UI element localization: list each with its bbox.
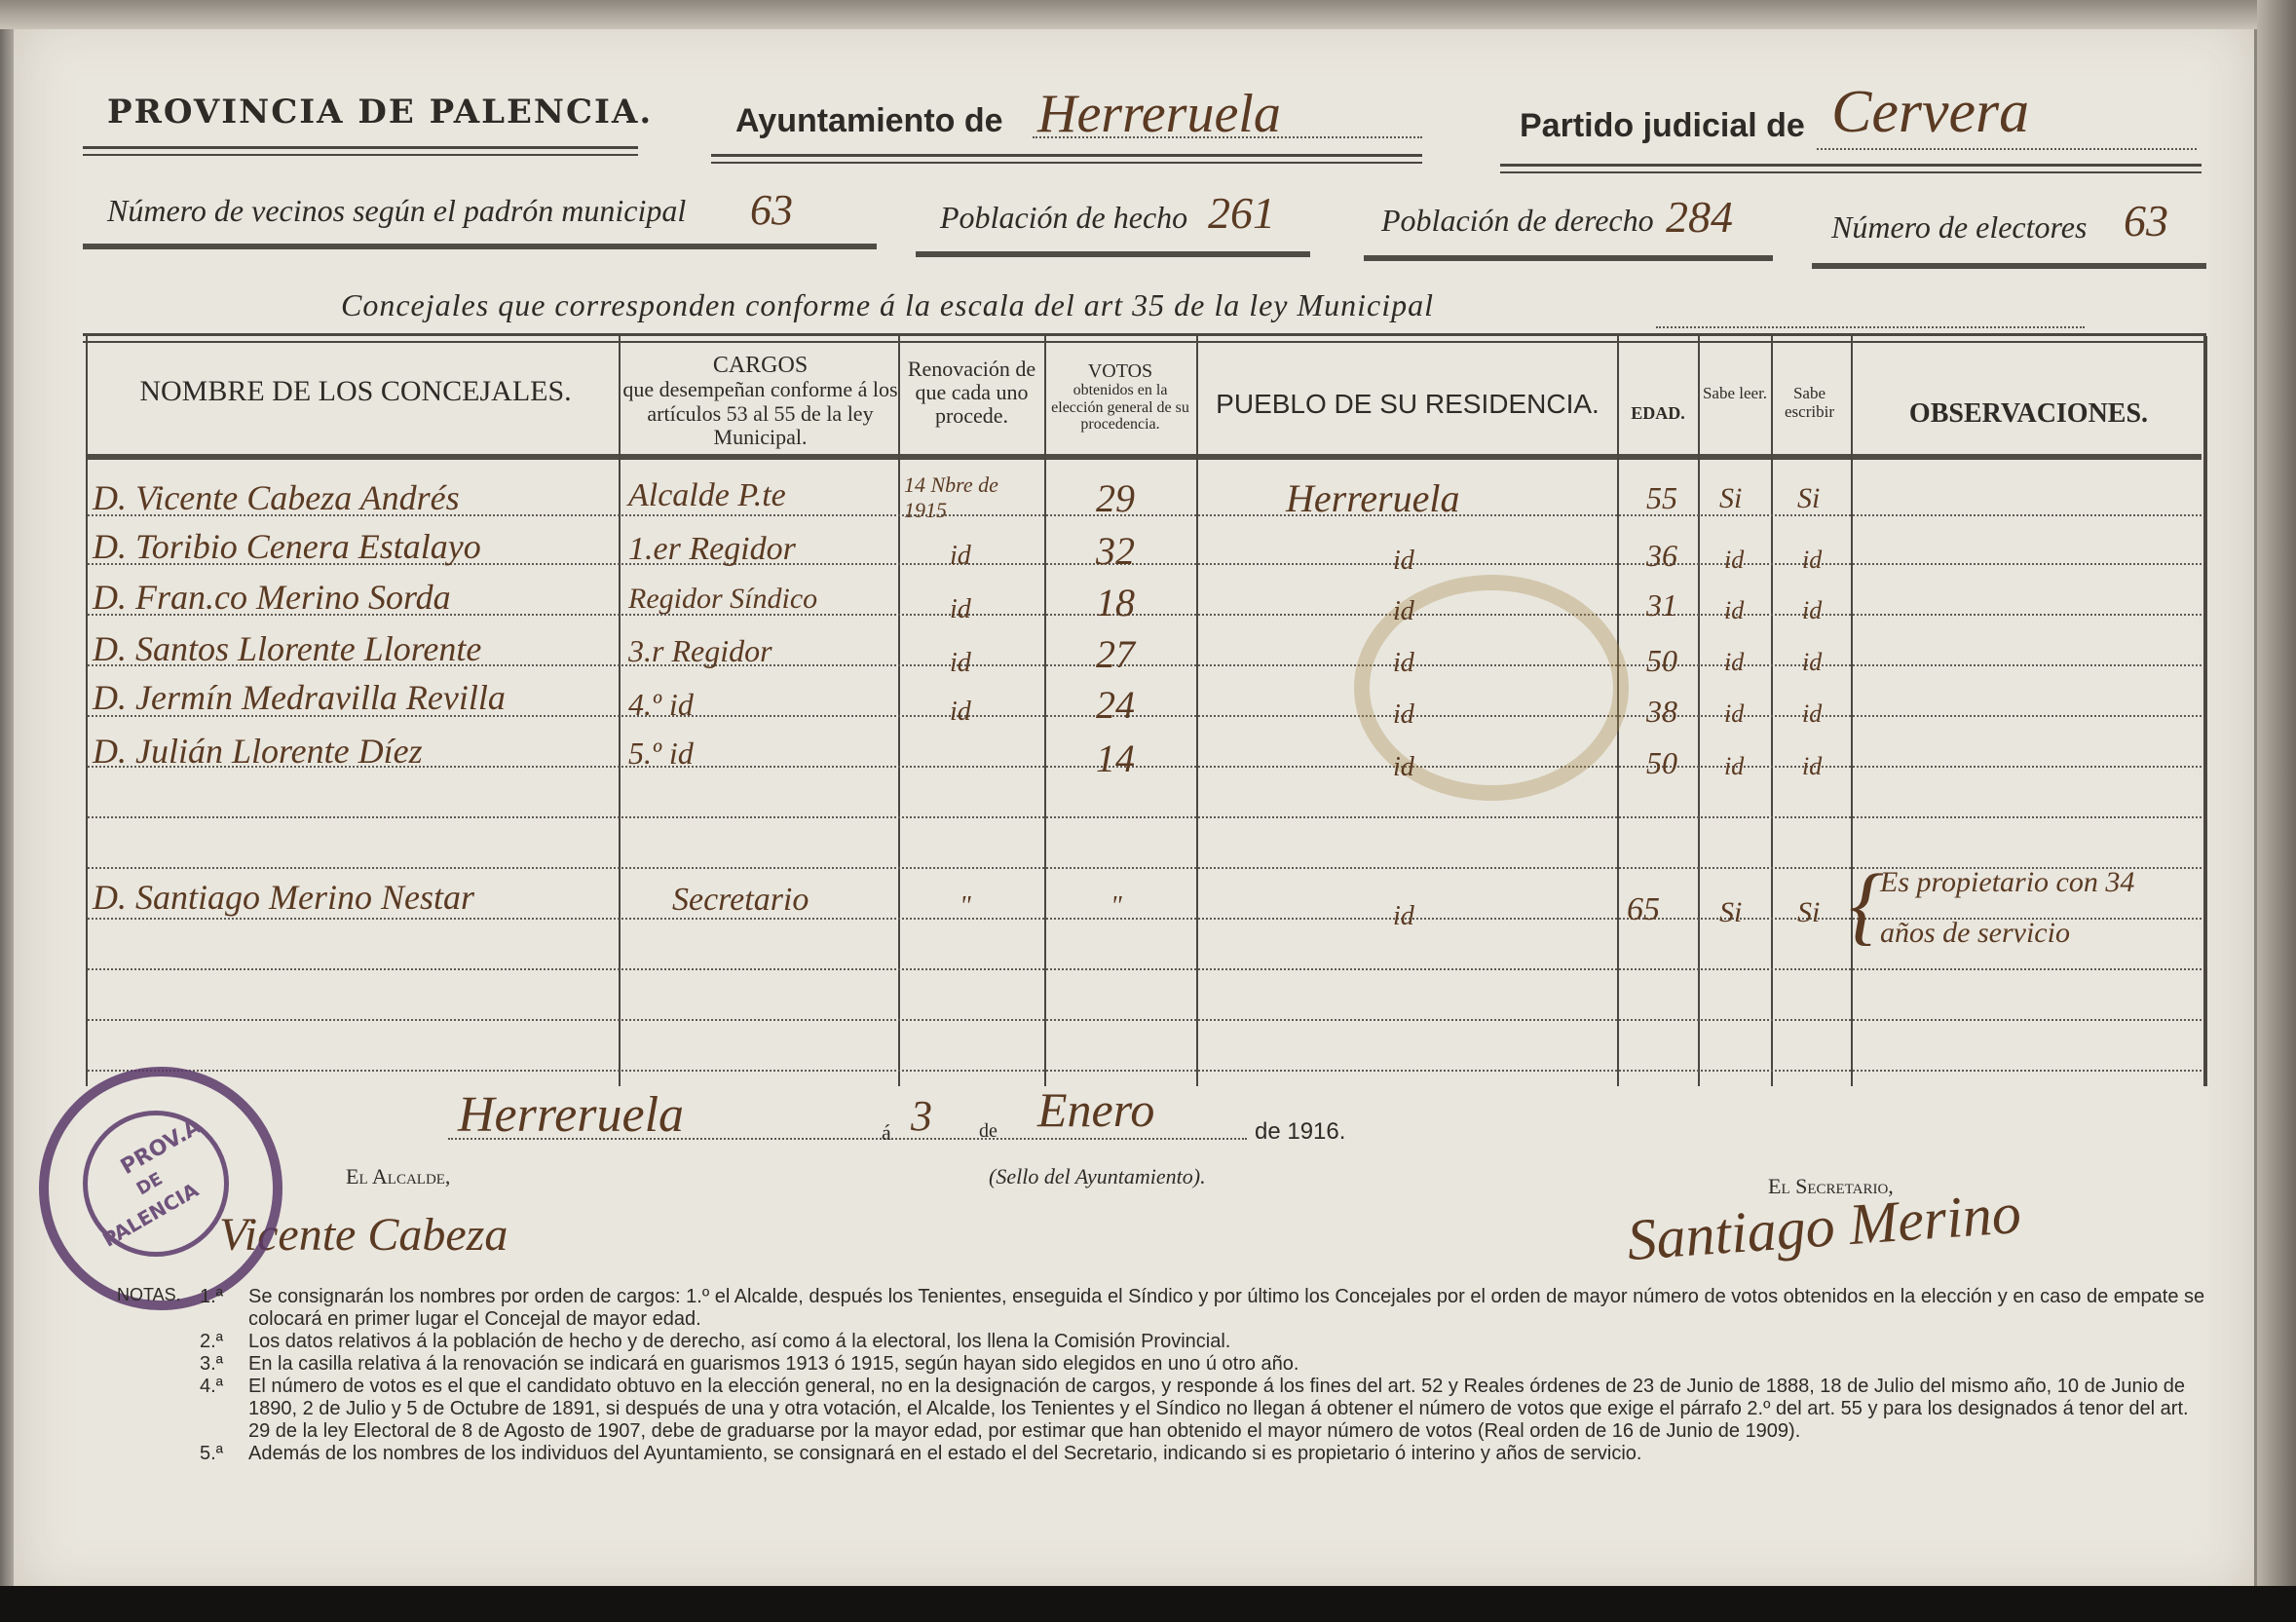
divider bbox=[1500, 164, 2202, 173]
cell-edad: 50 bbox=[1646, 745, 1677, 781]
header-votos: VOTOS obtenidos en la elección general d… bbox=[1047, 360, 1193, 434]
divider bbox=[83, 244, 877, 249]
derecho-value: 284 bbox=[1666, 191, 1733, 243]
header-bottom-rule bbox=[88, 454, 2202, 460]
row-rule bbox=[88, 1019, 2202, 1021]
page-top-edge bbox=[0, 0, 2296, 29]
page-right-edge bbox=[2257, 0, 2296, 1622]
cell-pueblo: id bbox=[1393, 901, 1414, 932]
date-month: Enero bbox=[1037, 1081, 1154, 1138]
col-border bbox=[1698, 336, 1700, 1086]
header-votos-sub: obtenidos en la elección general de su p… bbox=[1047, 382, 1193, 434]
cell-escribir: id bbox=[1802, 752, 1822, 781]
electores-value: 63 bbox=[2124, 195, 2168, 246]
cell-leer: id bbox=[1724, 596, 1744, 625]
note-item: 1.ª Se consignarán los nombres por orden… bbox=[200, 1286, 2206, 1331]
vecinos-value: 63 bbox=[750, 185, 793, 235]
cell-renovacion: " bbox=[960, 891, 971, 923]
cell-votos: 29 bbox=[1096, 475, 1135, 521]
note-item: 4.ª El número de votos es el que el cand… bbox=[200, 1376, 2206, 1443]
note-num: 4.ª bbox=[200, 1376, 248, 1443]
table-top-rule bbox=[83, 333, 2206, 343]
hecho-label: Población de hecho bbox=[940, 200, 1187, 236]
table-subtitle: Concejales que corresponden conforme á l… bbox=[341, 287, 1434, 323]
cell-nombre: D. Vicente Cabeza Andrés bbox=[93, 477, 460, 518]
divider bbox=[711, 154, 1422, 164]
cell-nombre: D. Julián Llorente Díez bbox=[93, 731, 423, 772]
date-day: 3 bbox=[911, 1091, 932, 1141]
derecho-label: Población de derecho bbox=[1381, 203, 1654, 239]
date-de: de bbox=[979, 1120, 997, 1143]
ayuntamiento-value: Herreruela bbox=[1037, 83, 1281, 145]
cell-escribir: Si bbox=[1797, 896, 1820, 929]
cell-escribir: id bbox=[1802, 596, 1822, 625]
cell-nombre: D. Fran.co Merino Sorda bbox=[93, 577, 451, 618]
cell-leer: id bbox=[1724, 546, 1744, 575]
vecinos-label: Número de vecinos según el padrón munici… bbox=[107, 193, 686, 229]
header-pueblo: PUEBLO DE SU RESIDENCIA. bbox=[1198, 390, 1617, 420]
note-num: 1.ª bbox=[200, 1286, 248, 1331]
cell-nombre: D. Toribio Cenera Estalayo bbox=[93, 526, 481, 567]
cell-observaciones: Es propietario con 34 años de servicio bbox=[1880, 857, 2192, 959]
col-border bbox=[86, 336, 88, 1086]
cell-renovacion: id bbox=[950, 541, 971, 572]
cell-cargo: Alcalde P.te bbox=[628, 477, 786, 514]
cell-renovacion: id bbox=[950, 648, 971, 679]
cell-escribir: id bbox=[1802, 648, 1822, 677]
cell-leer: id bbox=[1724, 752, 1744, 781]
cell-edad: 36 bbox=[1646, 538, 1677, 574]
header-escribir: Sabe escribir bbox=[1773, 385, 1846, 421]
header-leer: Sabe leer. bbox=[1700, 385, 1770, 403]
cell-escribir: Si bbox=[1797, 482, 1820, 515]
cell-pueblo: id bbox=[1393, 752, 1414, 783]
note-num: 3.ª bbox=[200, 1353, 248, 1376]
cell-cargo: Regidor Síndico bbox=[628, 583, 817, 616]
cell-renovacion: id bbox=[950, 594, 971, 625]
date-a: á bbox=[882, 1120, 891, 1146]
alcalde-label: El Alcalde, bbox=[346, 1164, 450, 1189]
cell-leer: Si bbox=[1719, 482, 1742, 515]
divider bbox=[1812, 263, 2206, 269]
cell-cargo: 1.er Regidor bbox=[628, 531, 796, 568]
header-votos-title: VOTOS bbox=[1047, 360, 1193, 382]
cell-leer: id bbox=[1724, 648, 1744, 677]
hecho-value: 261 bbox=[1208, 187, 1275, 239]
note-item: 2.ª Los datos relativos á la población d… bbox=[200, 1331, 2206, 1353]
divider bbox=[916, 251, 1310, 257]
electores-label: Número de electores bbox=[1831, 209, 2087, 245]
header-cargos-title: CARGOS bbox=[621, 353, 899, 378]
cell-escribir: id bbox=[1802, 546, 1822, 575]
header-nombre: NOMBRE DE LOS CONCEJALES. bbox=[93, 375, 619, 407]
notes-label: NOTAS. bbox=[117, 1284, 181, 1306]
cell-votos: 27 bbox=[1096, 631, 1135, 677]
subtitle-line bbox=[1656, 326, 2085, 328]
cell-leer: Si bbox=[1719, 896, 1742, 929]
scan-background-bottom bbox=[0, 1586, 2296, 1622]
cell-escribir: id bbox=[1802, 699, 1822, 729]
note-num: 2.ª bbox=[200, 1331, 248, 1353]
cell-pueblo: id bbox=[1393, 699, 1414, 731]
col-border bbox=[898, 336, 900, 1086]
cell-votos: " bbox=[1110, 891, 1122, 923]
note-item: 5.ª Además de los nombres de los individ… bbox=[200, 1443, 2206, 1465]
date-year: de 1916. bbox=[1255, 1118, 1345, 1146]
cell-edad: 50 bbox=[1646, 643, 1677, 679]
row-rule bbox=[88, 968, 2202, 970]
cell-renovacion: id bbox=[950, 697, 971, 728]
header-renovacion: Renovación de que cada uno procede. bbox=[901, 358, 1042, 429]
brace-icon: { bbox=[1849, 862, 1884, 950]
col-border bbox=[1044, 336, 1046, 1086]
col-border bbox=[2203, 336, 2207, 1086]
cell-pueblo: id bbox=[1393, 648, 1414, 679]
partido-label: Partido judicial de bbox=[1520, 107, 1805, 145]
cell-cargo: 4.º id bbox=[628, 687, 694, 723]
cell-cargo: Secretario bbox=[672, 882, 809, 919]
row-rule bbox=[88, 816, 2202, 818]
cell-leer: id bbox=[1724, 699, 1744, 729]
date-place: Herreruela bbox=[458, 1086, 684, 1144]
note-num: 5.ª bbox=[200, 1443, 248, 1465]
cell-votos: 14 bbox=[1096, 736, 1135, 781]
notes-list: 1.ª Se consignarán los nombres por orden… bbox=[200, 1286, 2206, 1465]
col-border bbox=[619, 336, 621, 1086]
col-border bbox=[1771, 336, 1773, 1086]
cell-cargo: 3.r Regidor bbox=[628, 633, 772, 669]
provincia-heading: PROVINCIA DE PALENCIA. bbox=[107, 93, 653, 132]
cell-votos: 24 bbox=[1096, 682, 1135, 728]
divider bbox=[1364, 255, 1773, 261]
header-cargos: CARGOS que desempeñan conforme á los art… bbox=[621, 353, 899, 449]
cell-edad: 38 bbox=[1646, 694, 1677, 730]
cell-nombre: D. Santiago Merino Nestar bbox=[93, 877, 474, 918]
partido-value: Cervera bbox=[1831, 78, 2029, 147]
divider bbox=[83, 146, 638, 156]
row-rule bbox=[88, 1070, 2202, 1072]
cell-votos: 32 bbox=[1096, 528, 1135, 574]
header-observaciones: OBSERVACIONES. bbox=[1856, 399, 2202, 430]
cell-pueblo: id bbox=[1393, 596, 1414, 627]
cell-edad: 65 bbox=[1627, 891, 1660, 928]
cell-cargo: 5.º id bbox=[628, 736, 694, 772]
cell-votos: 18 bbox=[1096, 580, 1135, 625]
col-border bbox=[1851, 336, 1853, 1086]
header-edad: EDAD. bbox=[1619, 404, 1697, 424]
note-text: Se consignarán los nombres por orden de … bbox=[248, 1286, 2206, 1331]
col-border bbox=[1196, 336, 1198, 1086]
cell-nombre: D. Santos Llorente Llorente bbox=[93, 628, 481, 669]
note-text: En la casilla relativa á la renovación s… bbox=[248, 1353, 1299, 1376]
cell-pueblo: Herreruela bbox=[1286, 475, 1459, 521]
cell-pueblo: id bbox=[1393, 546, 1414, 577]
cell-renovacion: 14 Nbre de 1915 bbox=[904, 472, 1040, 523]
ayuntamiento-seal-stamp: PROV.A DE PALENCIA bbox=[39, 1067, 282, 1310]
cell-edad: 31 bbox=[1646, 587, 1677, 623]
sello-label: (Sello del Ayuntamiento). bbox=[989, 1164, 1206, 1189]
note-text: Los datos relativos á la población de he… bbox=[248, 1331, 1230, 1353]
ayuntamiento-label: Ayuntamiento de bbox=[735, 102, 1003, 140]
note-text: El número de votos es el que el candidat… bbox=[248, 1376, 2206, 1443]
note-text: Además de los nombres de los individuos … bbox=[248, 1443, 1641, 1465]
cell-nombre: D. Jermín Medravilla Revilla bbox=[93, 677, 506, 718]
cell-edad: 55 bbox=[1646, 480, 1677, 516]
partido-field-line bbox=[1817, 148, 2197, 150]
note-item: 3.ª En la casilla relativa á la renovaci… bbox=[200, 1353, 2206, 1376]
header-cargos-sub: que desempeñan conforme á los artículos … bbox=[621, 378, 899, 449]
